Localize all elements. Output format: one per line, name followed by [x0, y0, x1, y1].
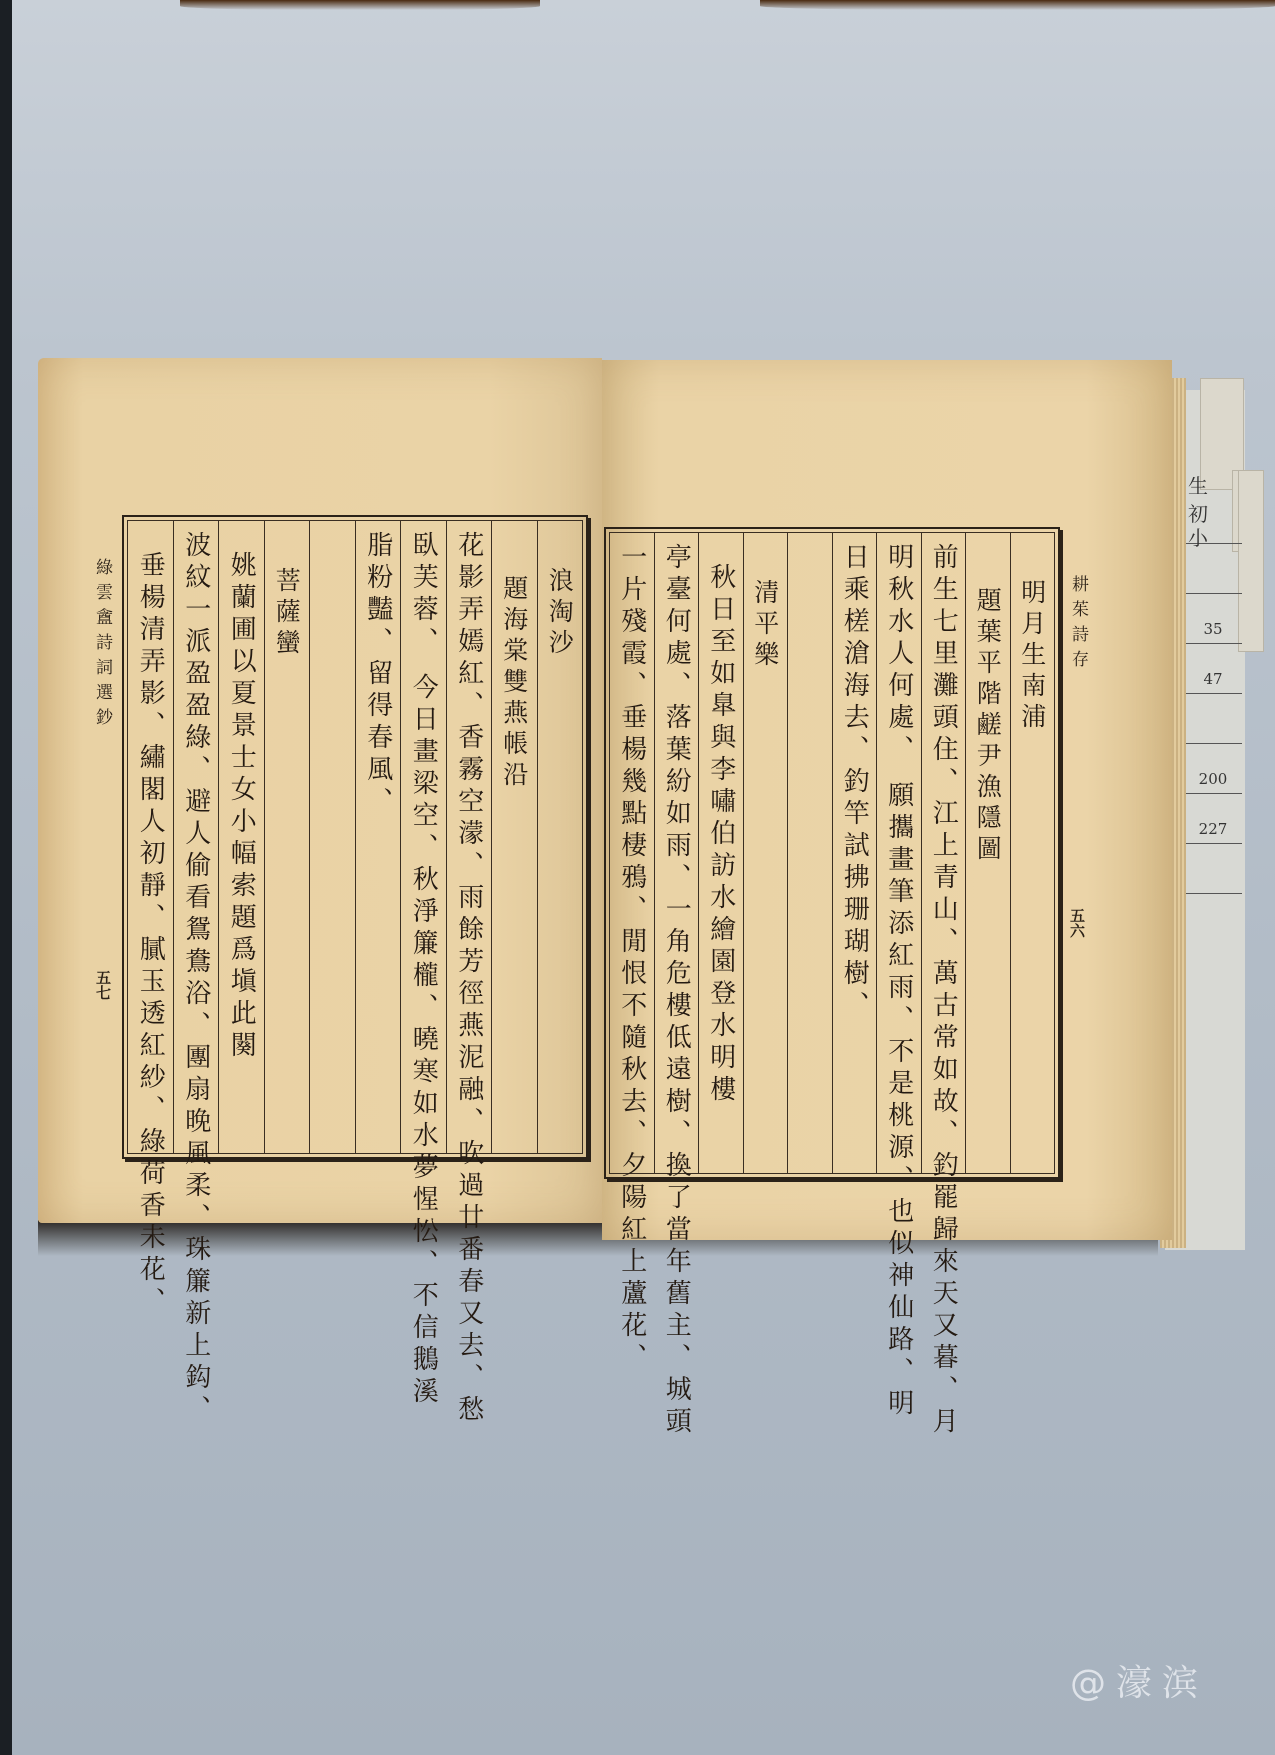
text-column: 秋日至如臯與李嘯伯訪水繪園登水明樓: [698, 533, 743, 1173]
watermark: @濠滨: [1070, 1655, 1208, 1706]
text-column: 浪淘沙: [537, 521, 583, 1153]
poem-line: 波紋一派盈盈綠、避人偷看鴛鴦浴、團扇晚風柔、珠簾新上鈎、: [183, 531, 209, 1427]
text-column: 明月生南浦: [1010, 533, 1055, 1173]
torn-paper-flap: [1238, 470, 1264, 652]
text-column: 日乘槎滄海去、釣竿試拂珊瑚樹、: [832, 533, 877, 1173]
insert-rule: [1180, 743, 1242, 744]
running-title-right: 耕茱詩存: [1066, 575, 1091, 675]
text-column: 臥芙蓉、 今日畫梁空、秋淨簾櫳、曉寒如水夢惺忪、不信鵝溪: [400, 521, 446, 1153]
poem-line: 垂楊清弄影、繡閣人初靜、膩玉透紅紗、綠荷香未花、: [137, 551, 163, 1319]
insert-rule: [1180, 793, 1242, 794]
text-column: [787, 533, 832, 1173]
poem-title: 清平樂: [753, 579, 778, 672]
text-column: 菩薩蠻: [264, 521, 310, 1153]
scanner-edge: [0, 0, 12, 1755]
poem-line: 一片殘霞、垂楊幾點棲鴉、閒恨不隨秋去、夕陽紅上蘆花、: [619, 543, 645, 1375]
poem-subtitle: 秋日至如臯與李嘯伯訪水繪園登水明樓: [708, 563, 734, 1107]
poem-line: 臥芙蓉、 今日畫梁空、秋淨簾櫳、曉寒如水夢惺忪、不信鵝溪: [410, 531, 436, 1409]
insert-rule: [1180, 893, 1242, 894]
poem-title: 明月生南浦: [1020, 579, 1045, 734]
page-number-right: 五六: [1067, 908, 1088, 938]
poem-subtitle: 題海棠雙燕帳沿: [502, 575, 527, 792]
insert-char: 小: [1188, 522, 1208, 551]
poem-line: 明秋水人何處、 願攜畫筆添紅雨、不是桃源、也似神仙路、明: [886, 543, 912, 1421]
text-column: 清平樂: [743, 533, 788, 1173]
insert-char: 生: [1188, 470, 1208, 499]
scan-burn-mark: [760, 0, 1275, 10]
poem-line: 前生七里灘頭住、江上青山、萬古常如故、釣罷歸來天又暮、月: [930, 543, 956, 1439]
poem-subtitle: 姚蘭圃以夏景士女小幅索題爲塡此闋: [228, 551, 254, 1063]
insert-rule: [1180, 843, 1242, 844]
text-column: 花影弄嫣紅、香霧空濛、雨餘芳徑燕泥融、吹過廿番春又去、愁: [446, 521, 492, 1153]
poem-line: 脂粉豔、留得春風、: [365, 531, 391, 819]
text-frame-right: 明月生南浦題葉平階鹺尹漁隱圖前生七里灘頭住、江上青山、萬古常如故、釣罷歸來天又暮…: [604, 527, 1060, 1179]
text-column: 明秋水人何處、 願攜畫筆添紅雨、不是桃源、也似神仙路、明: [876, 533, 921, 1173]
poem-title: 浪淘沙: [547, 567, 572, 660]
poem-subtitle: 題葉平階鹺尹漁隱圖: [975, 587, 1000, 866]
page-number-left: 五七: [93, 970, 114, 1000]
text-column: 一片殘霞、垂楊幾點棲鴉、閒恨不隨秋去、夕陽紅上蘆花、: [610, 533, 654, 1173]
running-title-left: 綠雲盦詩詞選鈔: [90, 558, 115, 733]
text-frame-left: 浪淘沙題海棠雙燕帳沿花影弄嫣紅、香霧空濛、雨餘芳徑燕泥融、吹過廿番春又去、愁臥芙…: [122, 515, 588, 1159]
poem-line: 花影弄嫣紅、香霧空濛、雨餘芳徑燕泥融、吹過廿番春又去、愁: [456, 531, 482, 1427]
text-column: 波紋一派盈盈綠、避人偷看鴛鴦浴、團扇晚風柔、珠簾新上鈎、: [173, 521, 219, 1153]
poem-line: 日乘槎滄海去、釣竿試拂珊瑚樹、: [841, 543, 867, 1023]
poem-title: 菩薩蠻: [274, 567, 299, 660]
columns-right: 明月生南浦題葉平階鹺尹漁隱圖前生七里灘頭住、江上青山、萬古常如故、釣罷歸來天又暮…: [609, 532, 1055, 1174]
scan-burn-mark: [180, 0, 540, 10]
text-column: 脂粉豔、留得春風、: [355, 521, 401, 1153]
text-column: 前生七里灘頭住、江上青山、萬古常如故、釣罷歸來天又暮、月: [921, 533, 966, 1173]
text-column: 題葉平階鹺尹漁隱圖: [965, 533, 1010, 1173]
poem-line: 亭臺何處、落葉紛如雨、一角危樓低遠樹、換了當年舊主、城頭: [663, 543, 689, 1439]
insert-number: 227: [1188, 820, 1238, 838]
insert-rule: [1180, 643, 1242, 644]
text-column: 垂楊清弄影、繡閣人初靜、膩玉透紅紗、綠荷香未花、: [128, 521, 173, 1153]
text-column: 亭臺何處、落葉紛如雨、一角危樓低遠樹、換了當年舊主、城頭: [654, 533, 699, 1173]
insert-rule: [1180, 593, 1242, 594]
insert-number: 47: [1188, 670, 1238, 688]
text-column: 姚蘭圃以夏景士女小幅索題爲塡此闋: [218, 521, 264, 1153]
text-column: 題海棠雙燕帳沿: [491, 521, 537, 1153]
insert-number: 35: [1188, 620, 1238, 638]
text-column: [309, 521, 355, 1153]
insert-number: 200: [1188, 770, 1238, 788]
columns-left: 浪淘沙題海棠雙燕帳沿花影弄嫣紅、香霧空濛、雨餘芳徑燕泥融、吹過廿番春又去、愁臥芙…: [127, 520, 583, 1154]
insert-rule: [1180, 693, 1242, 694]
